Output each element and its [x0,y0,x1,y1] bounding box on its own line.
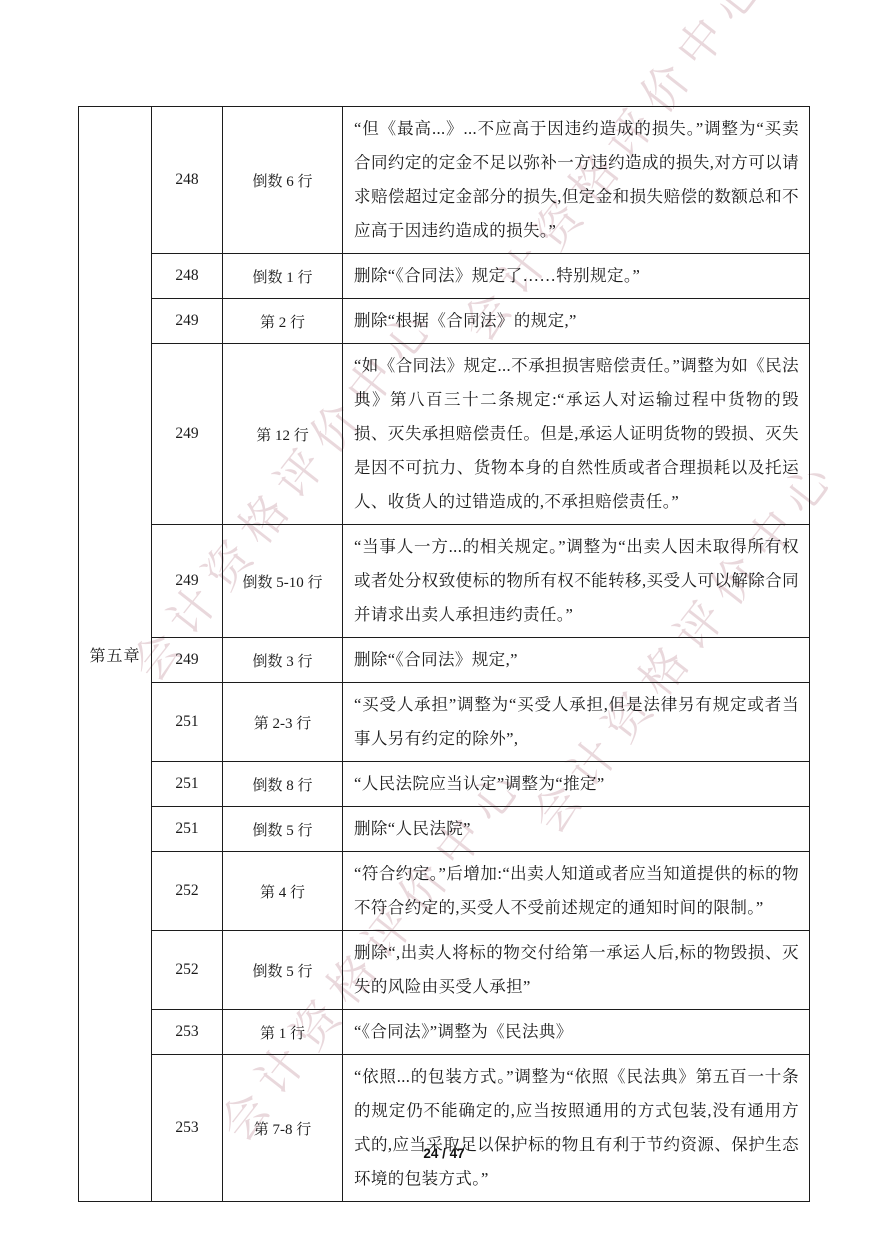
table-row: 252 倒数 5 行 删除“,出卖人将标的物交付给第一承运人后,标的物毁损、灭失… [79,931,810,1010]
line-cell: 第 2 行 [223,299,343,344]
page-cell: 249 [152,638,223,683]
line-cell: 第 4 行 [223,852,343,931]
chapter-cell: 第五章 [79,107,152,1202]
line-cell: 第 1 行 [223,1010,343,1055]
line-cell: 倒数 5-10 行 [223,525,343,638]
page-cell: 253 [152,1010,223,1055]
page-cell: 251 [152,762,223,807]
page-cell: 252 [152,852,223,931]
page-cell: 249 [152,344,223,525]
table-row: 249 倒数 5-10 行 “当事人一方...的相关规定。”调整为“出卖人因未取… [79,525,810,638]
content-cell: 删除“人民法院” [343,807,810,852]
table-row: 第五章 248 倒数 6 行 “但《最高...》...不应高于因违约造成的损失。… [79,107,810,254]
line-cell: 倒数 5 行 [223,931,343,1010]
page-cell: 249 [152,525,223,638]
content-cell: 删除“《合同法》规定,” [343,638,810,683]
page-cell: 251 [152,807,223,852]
adjustment-table: 第五章 248 倒数 6 行 “但《最高...》...不应高于因违约造成的损失。… [78,106,810,1202]
line-cell: 倒数 6 行 [223,107,343,254]
table-row: 251 倒数 8 行 “人民法院应当认定”调整为“推定” [79,762,810,807]
content-cell: “符合约定。”后增加:“出卖人知道或者应当知道提供的标的物不符合约定的,买受人不… [343,852,810,931]
page-cell: 251 [152,683,223,762]
content-cell: “买受人承担”调整为“买受人承担,但是法律另有规定或者当事人另有约定的除外”, [343,683,810,762]
page-cell: 252 [152,931,223,1010]
content-cell: 删除“根据《合同法》的规定,” [343,299,810,344]
content-cell: “《合同法》”调整为《民法典》 [343,1010,810,1055]
page-number: 24 / 47 [0,1146,888,1161]
content-cell: “但《最高...》...不应高于因违约造成的损失。”调整为“买卖合同约定的定金不… [343,107,810,254]
table-row: 251 第 2-3 行 “买受人承担”调整为“买受人承担,但是法律另有规定或者当… [79,683,810,762]
line-cell: 倒数 5 行 [223,807,343,852]
content-cell: “如《合同法》规定...不承担损害赔偿责任。”调整为如《民法典》第八百三十二条规… [343,344,810,525]
line-cell: 第 7-8 行 [223,1055,343,1202]
page-cell: 253 [152,1055,223,1202]
content-cell: “人民法院应当认定”调整为“推定” [343,762,810,807]
line-cell: 第 2-3 行 [223,683,343,762]
table-row: 251 倒数 5 行 删除“人民法院” [79,807,810,852]
content-cell: 删除“,出卖人将标的物交付给第一承运人后,标的物毁损、灭失的风险由买受人承担” [343,931,810,1010]
line-cell: 倒数 8 行 [223,762,343,807]
content-cell: “依照...的包装方式。”调整为“依照《民法典》第五百一十条的规定仍不能确定的,… [343,1055,810,1202]
table-row: 249 第 12 行 “如《合同法》规定...不承担损害赔偿责任。”调整为如《民… [79,344,810,525]
table-row: 249 第 2 行 删除“根据《合同法》的规定,” [79,299,810,344]
page-cell: 248 [152,254,223,299]
page-cell: 249 [152,299,223,344]
page-cell: 248 [152,107,223,254]
line-cell: 倒数 1 行 [223,254,343,299]
line-cell: 第 12 行 [223,344,343,525]
table-row: 249 倒数 3 行 删除“《合同法》规定,” [79,638,810,683]
table-row: 253 第 1 行 “《合同法》”调整为《民法典》 [79,1010,810,1055]
line-cell: 倒数 3 行 [223,638,343,683]
table-row: 248 倒数 1 行 删除“《合同法》规定了……特别规定。” [79,254,810,299]
table-row: 253 第 7-8 行 “依照...的包装方式。”调整为“依照《民法典》第五百一… [79,1055,810,1202]
content-cell: 删除“《合同法》规定了……特别规定。” [343,254,810,299]
table-row: 252 第 4 行 “符合约定。”后增加:“出卖人知道或者应当知道提供的标的物不… [79,852,810,931]
content-cell: “当事人一方...的相关规定。”调整为“出卖人因未取得所有权或者处分权致使标的物… [343,525,810,638]
